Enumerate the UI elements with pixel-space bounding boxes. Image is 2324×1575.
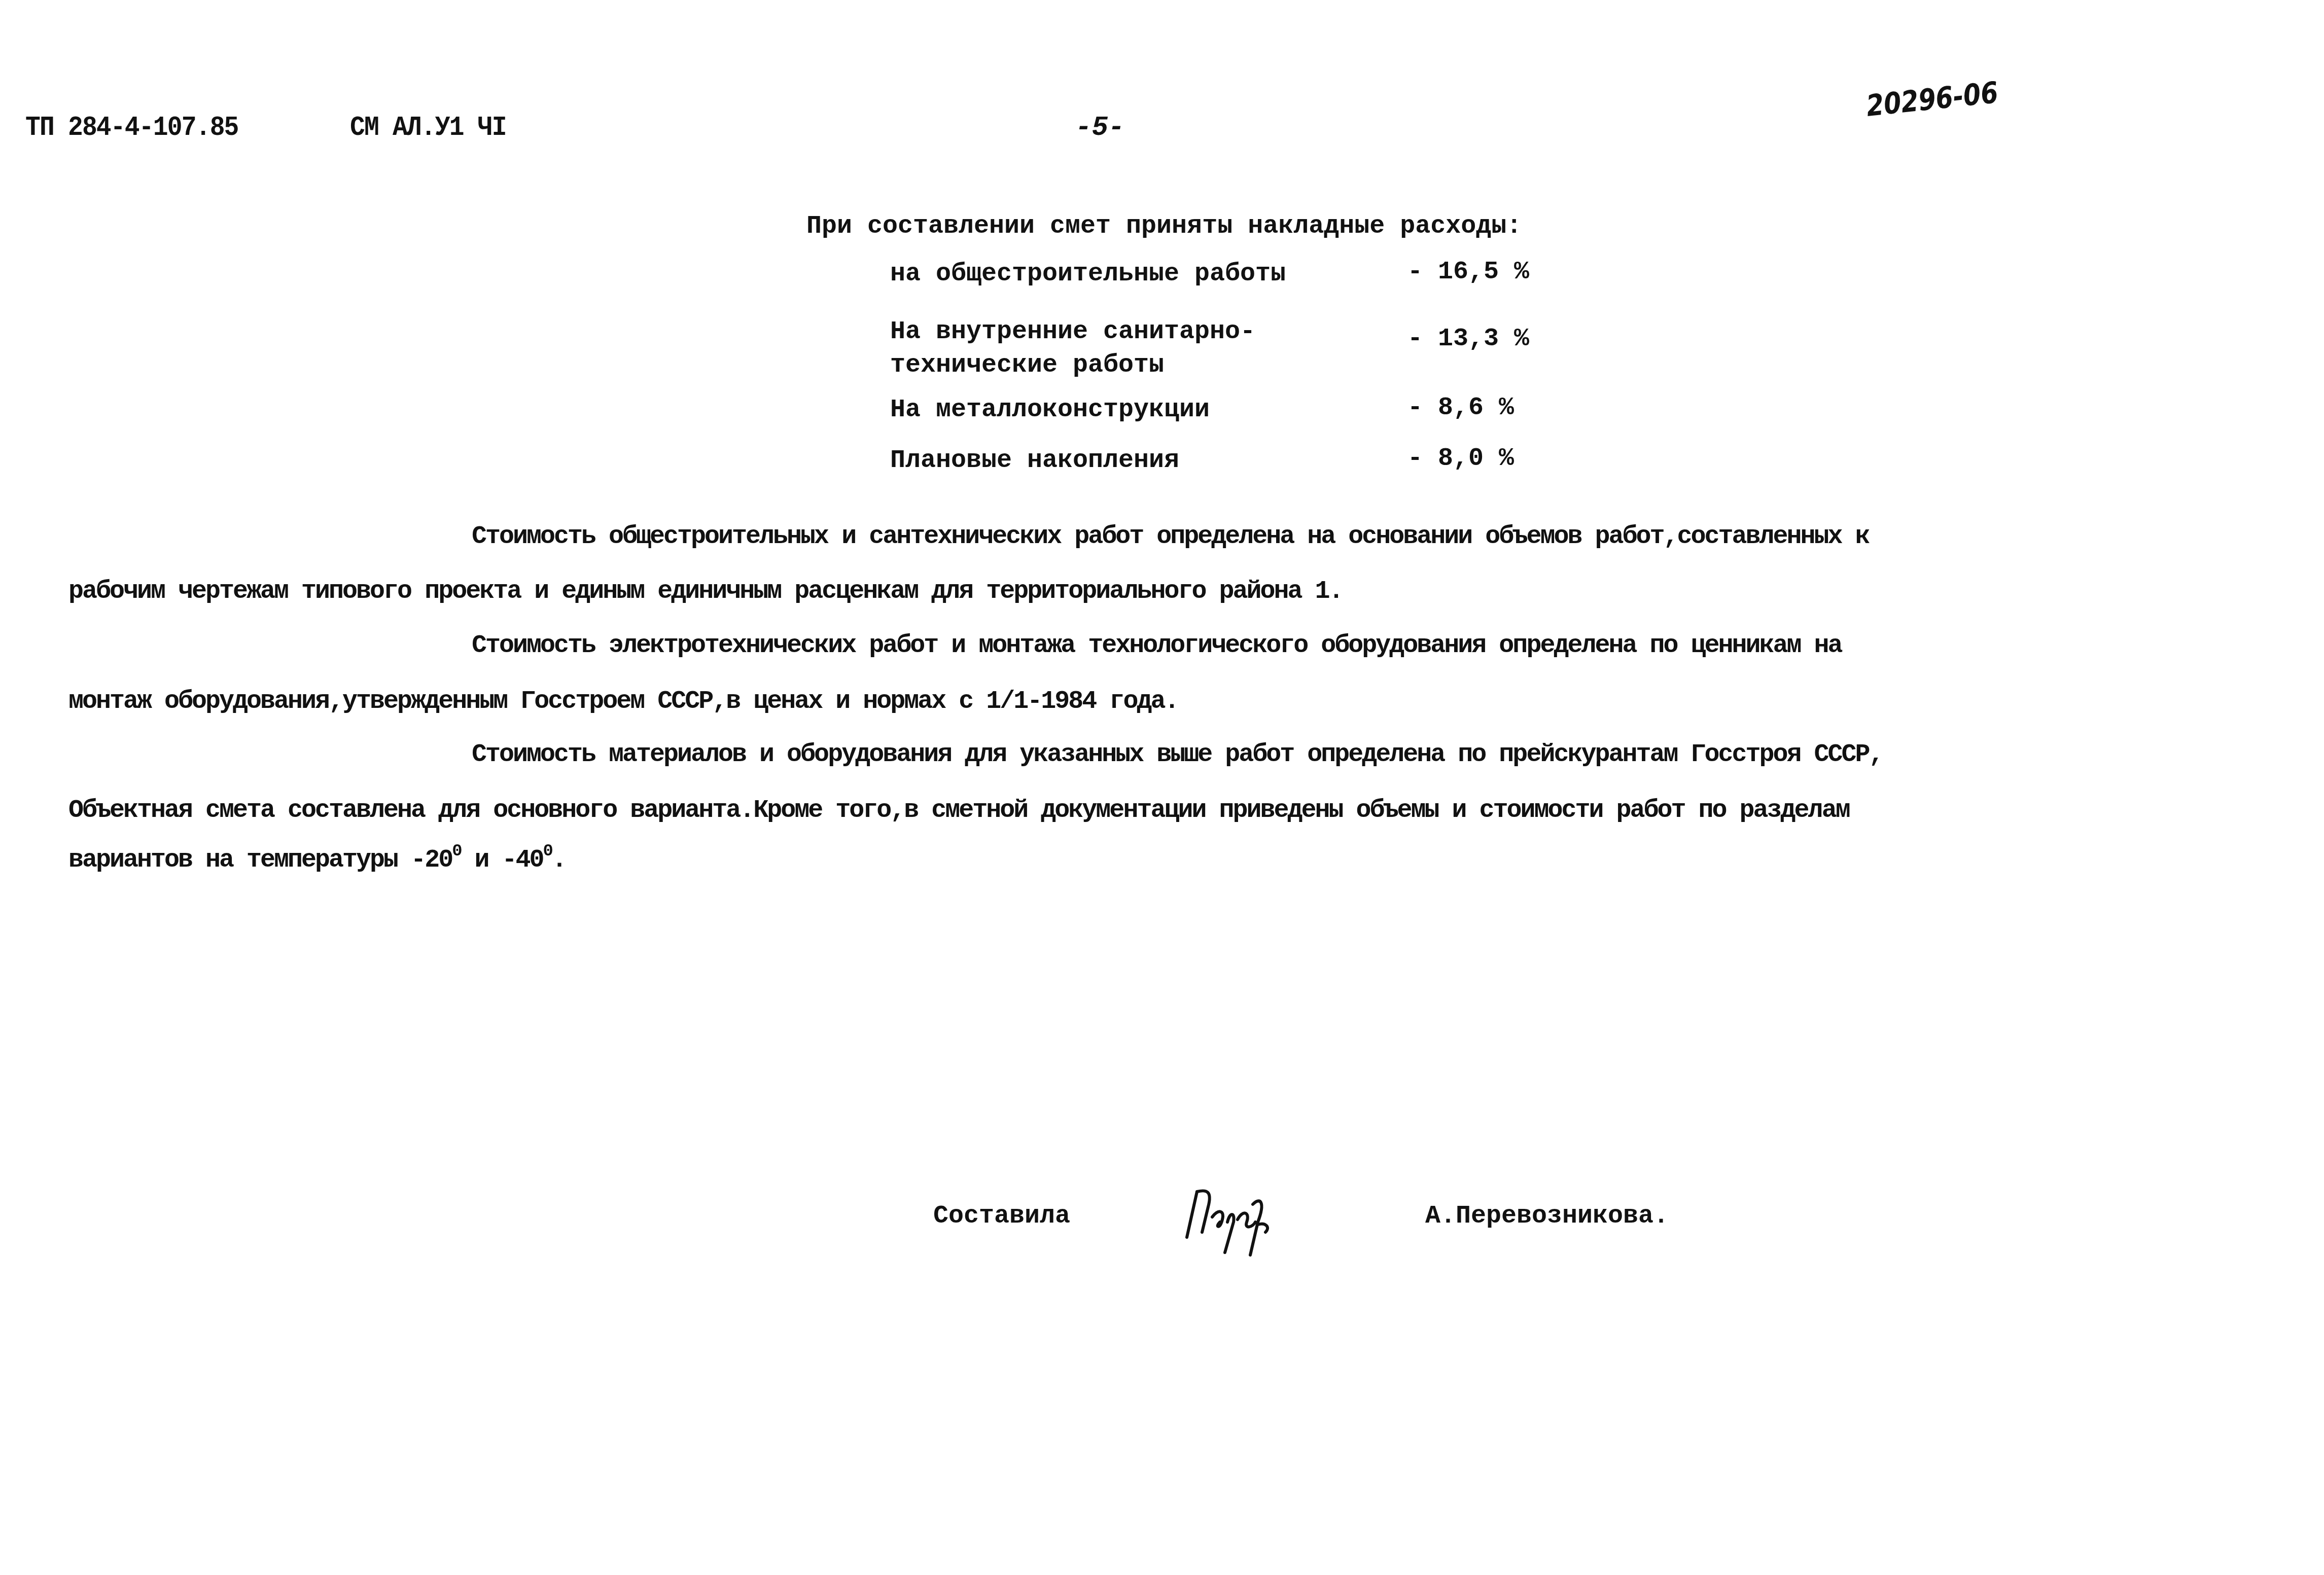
project-code: ТП 284-4-107.85	[25, 113, 238, 144]
temperature-line: вариантов на температуры -200 и -400.	[68, 846, 566, 875]
overhead-item-label: На металлоконструкции	[890, 393, 1210, 427]
temperature-text: .	[552, 846, 566, 875]
handwritten-signature-icon	[1177, 1182, 1288, 1258]
signatory-name: А.Перевозникова.	[1425, 1202, 1669, 1231]
sheet-code: СМ АЛ.У1 ЧI	[350, 113, 506, 144]
overhead-item-label: Плановые накопления	[890, 444, 1179, 478]
temperature-text: и -40	[461, 846, 543, 875]
degree-mark: 0	[543, 842, 552, 861]
page-number: -5-	[1075, 113, 1124, 144]
overhead-item-label: На внутренние санитарно-	[890, 315, 1255, 349]
overhead-item-label: на общестроительные работы	[890, 258, 1286, 291]
signature-label: Составила	[933, 1202, 1070, 1231]
paragraph-line: Стоимость общестроительных и сантехничес…	[472, 522, 1869, 551]
paragraph-line: Объектная смета составлена для основного…	[68, 796, 1849, 825]
overhead-item-value: - 16,5 %	[1407, 258, 1529, 287]
inventory-number: 20296-06	[1864, 75, 1999, 123]
overhead-item-value: - 13,3 %	[1407, 325, 1529, 353]
paragraph-line: Стоимость электротехнических работ и мон…	[472, 631, 1842, 660]
overhead-item-value: - 8,6 %	[1407, 393, 1514, 422]
degree-mark: 0	[452, 842, 461, 861]
paragraph-line: Стоимость материалов и оборудования для …	[472, 740, 1883, 769]
overhead-item-value: - 8,0 %	[1407, 444, 1514, 473]
paragraph-line: монтаж оборудования,утвержденным Госстро…	[68, 687, 1178, 716]
overheads-title: При составлении смет приняты накладные р…	[806, 212, 1522, 241]
temperature-text: вариантов на температуры -20	[68, 846, 452, 875]
paragraph-line: рабочим чертежам типового проекта и един…	[68, 577, 1342, 606]
overhead-item-label-continued: технические работы	[890, 349, 1164, 382]
